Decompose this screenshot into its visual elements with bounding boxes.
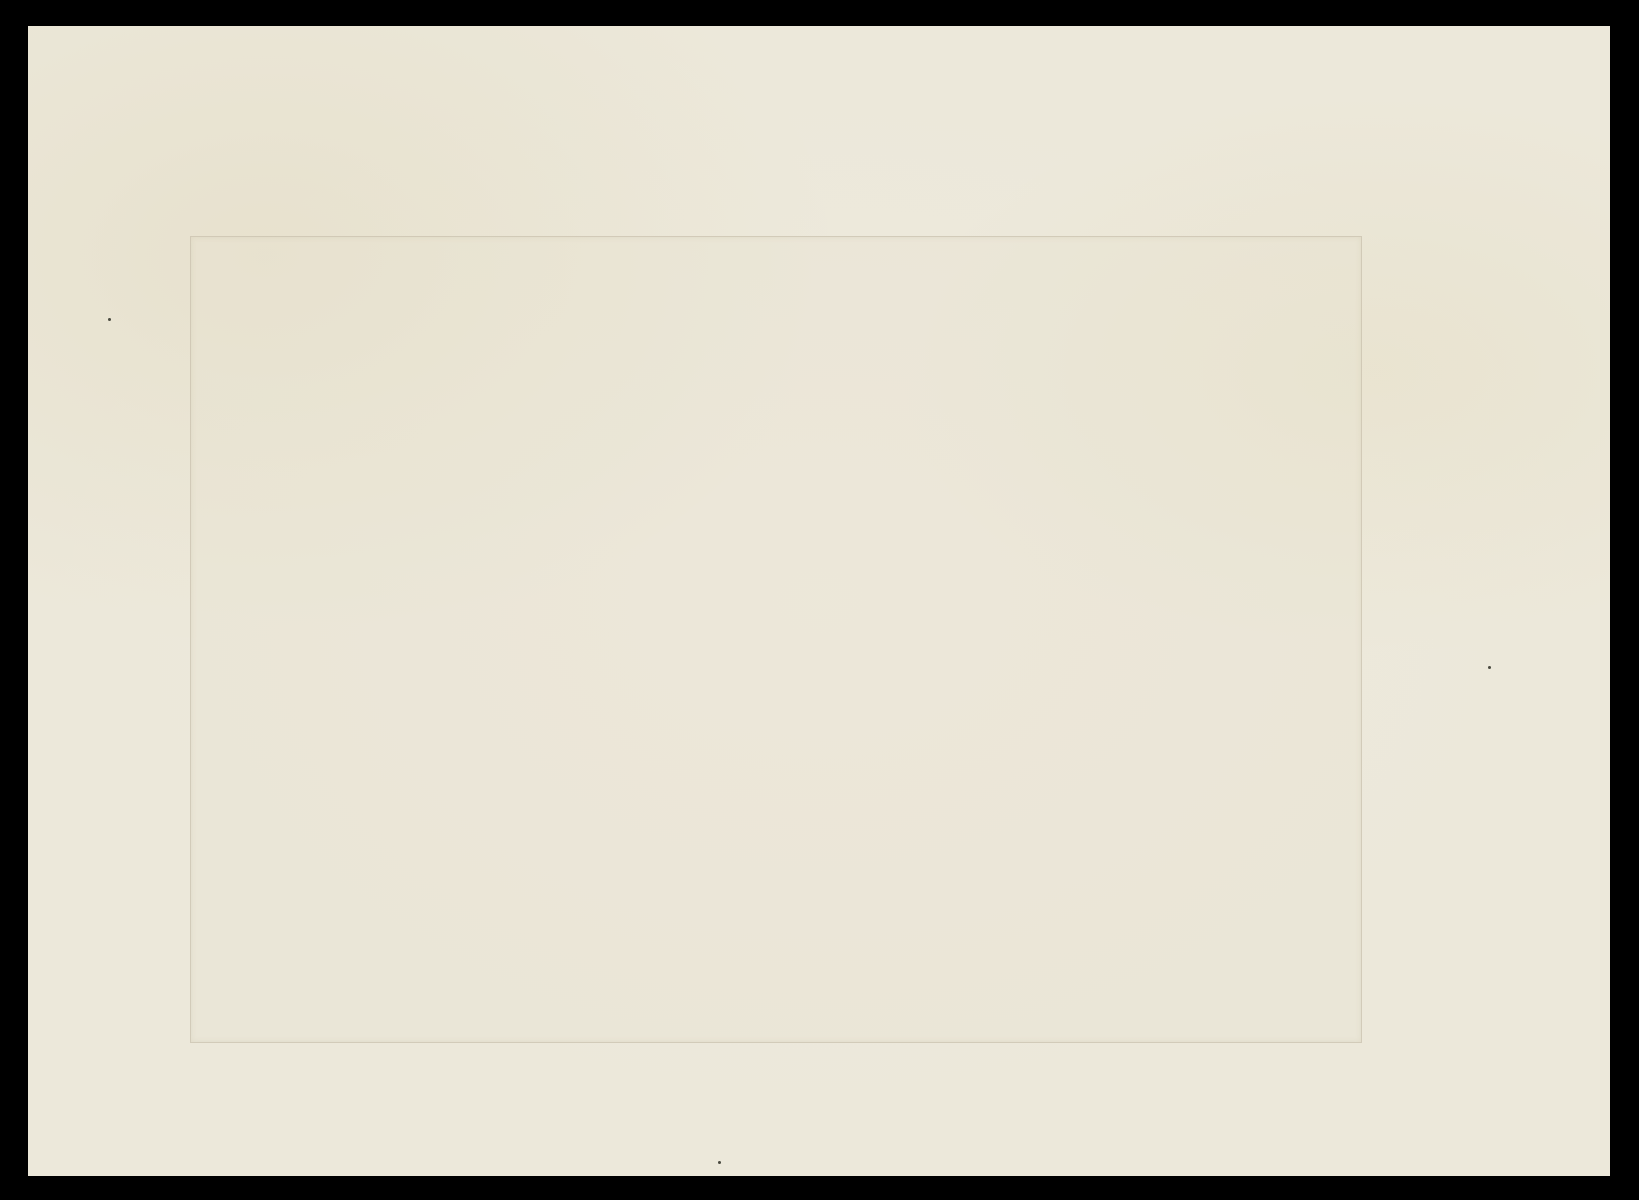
speck [718,1161,721,1164]
plate-impression [190,236,1362,1043]
speck [108,318,111,321]
paper-sheet [28,26,1610,1176]
speck [1488,666,1491,669]
